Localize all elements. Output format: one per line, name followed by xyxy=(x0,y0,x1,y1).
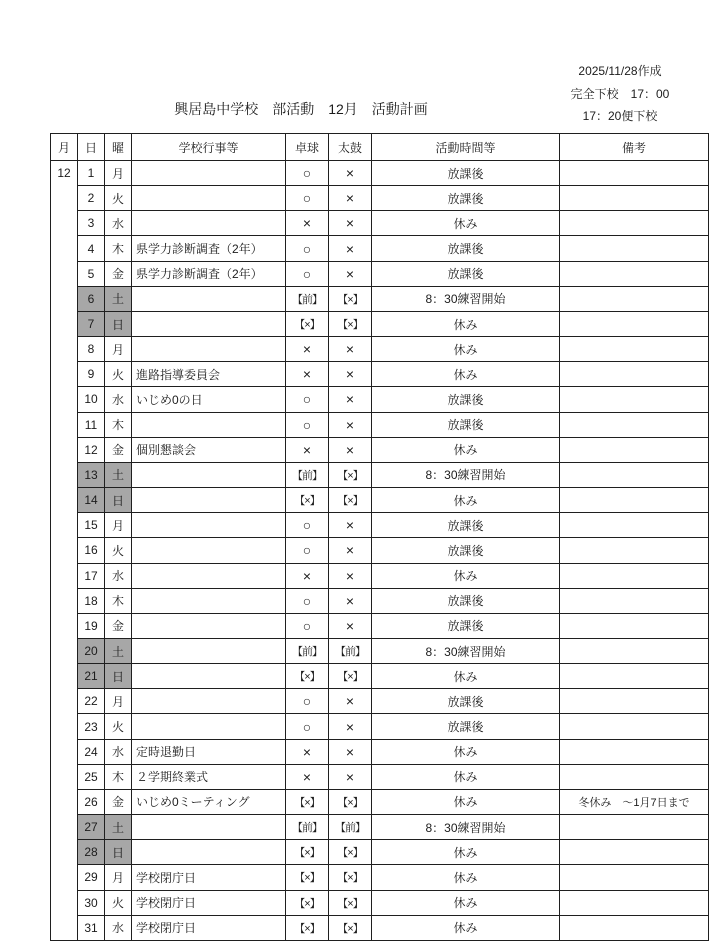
weekday-cell: 水 xyxy=(105,563,132,588)
table-row: 6土【前】【×】8：30練習開始 xyxy=(51,286,709,311)
activity-time-cell: 休み xyxy=(372,865,560,890)
event-cell xyxy=(132,689,286,714)
remark-cell xyxy=(560,362,709,387)
taiko-mark-cell: × xyxy=(329,588,372,613)
table-tennis-mark-cell: ○ xyxy=(286,613,329,638)
table-row: 20土【前】【前】8：30練習開始 xyxy=(51,638,709,663)
event-cell: 県学力診断調査（2年） xyxy=(132,261,286,286)
activity-time-cell: 休み xyxy=(372,739,560,764)
weekday-cell: 日 xyxy=(105,664,132,689)
remark-cell xyxy=(560,890,709,915)
day-cell: 12 xyxy=(78,437,105,462)
table-row: 8月××休み xyxy=(51,337,709,362)
day-cell: 7 xyxy=(78,311,105,336)
table-tennis-mark-cell: × xyxy=(286,337,329,362)
day-cell: 17 xyxy=(78,563,105,588)
event-cell xyxy=(132,664,286,689)
taiko-mark-cell: × xyxy=(329,387,372,412)
event-cell xyxy=(132,513,286,538)
table-tennis-mark-cell: ○ xyxy=(286,236,329,261)
header-row: 月 日 曜 学校行事等 卓球 太鼓 活動時間等 備考 xyxy=(51,134,709,161)
activity-time-cell: 休み xyxy=(372,488,560,513)
taiko-mark-cell: 【×】 xyxy=(329,865,372,890)
day-cell: 31 xyxy=(78,915,105,940)
weekday-cell: 水 xyxy=(105,387,132,412)
event-cell xyxy=(132,337,286,362)
weekday-cell: 木 xyxy=(105,236,132,261)
remark-cell xyxy=(560,714,709,739)
activity-time-cell: 放課後 xyxy=(372,513,560,538)
activity-time-cell: 放課後 xyxy=(372,236,560,261)
table-row: 13土【前】【×】8：30練習開始 xyxy=(51,462,709,487)
col-header-month: 月 xyxy=(51,134,78,161)
activity-time-cell: 休み xyxy=(372,311,560,336)
table-row: 121月○×放課後 xyxy=(51,161,709,186)
table-row: 30火学校閉庁日【×】【×】休み xyxy=(51,890,709,915)
remark-cell xyxy=(560,563,709,588)
weekday-cell: 土 xyxy=(105,286,132,311)
table-tennis-mark-cell: 【×】 xyxy=(286,789,329,814)
table-row: 22月○×放課後 xyxy=(51,689,709,714)
table-tennis-mark-cell: × xyxy=(286,764,329,789)
weekday-cell: 水 xyxy=(105,211,132,236)
col-header-activity-time: 活動時間等 xyxy=(372,134,560,161)
day-cell: 23 xyxy=(78,714,105,739)
event-cell xyxy=(132,613,286,638)
day-cell: 1 xyxy=(78,161,105,186)
activity-time-cell: 8：30練習開始 xyxy=(372,286,560,311)
remark-cell xyxy=(560,311,709,336)
table-row: 4木県学力診断調査（2年）○×放課後 xyxy=(51,236,709,261)
table-tennis-mark-cell: ○ xyxy=(286,588,329,613)
event-cell xyxy=(132,311,286,336)
table-row: 19金○×放課後 xyxy=(51,613,709,638)
table-tennis-mark-cell: ○ xyxy=(286,412,329,437)
taiko-mark-cell: × xyxy=(329,161,372,186)
weekday-cell: 金 xyxy=(105,613,132,638)
remark-cell xyxy=(560,613,709,638)
remark-cell xyxy=(560,815,709,840)
table-tennis-mark-cell: 【前】 xyxy=(286,286,329,311)
taiko-mark-cell: × xyxy=(329,412,372,437)
table-tennis-mark-cell: ○ xyxy=(286,689,329,714)
taiko-mark-cell: × xyxy=(329,563,372,588)
weekday-cell: 火 xyxy=(105,362,132,387)
table-row: 24水定時退勤日××休み xyxy=(51,739,709,764)
schedule-table: 月 日 曜 学校行事等 卓球 太鼓 活動時間等 備考 121月○×放課後2火○×… xyxy=(50,133,709,941)
remark-cell xyxy=(560,638,709,663)
remark-cell xyxy=(560,664,709,689)
day-cell: 11 xyxy=(78,412,105,437)
taiko-mark-cell: × xyxy=(329,613,372,638)
day-cell: 21 xyxy=(78,664,105,689)
weekday-cell: 水 xyxy=(105,739,132,764)
event-cell: 学校閉庁日 xyxy=(132,865,286,890)
taiko-mark-cell: 【前】 xyxy=(329,815,372,840)
taiko-mark-cell: 【×】 xyxy=(329,915,372,940)
weekday-cell: 金 xyxy=(105,437,132,462)
day-cell: 8 xyxy=(78,337,105,362)
weekday-cell: 月 xyxy=(105,161,132,186)
activity-time-cell: 放課後 xyxy=(372,689,560,714)
event-cell xyxy=(132,286,286,311)
activity-time-cell: 休み xyxy=(372,362,560,387)
table-tennis-mark-cell: ○ xyxy=(286,186,329,211)
table-tennis-mark-cell: 【×】 xyxy=(286,890,329,915)
remark-cell xyxy=(560,236,709,261)
created-date: 2025/11/28作成 xyxy=(535,60,705,83)
taiko-mark-cell: × xyxy=(329,236,372,261)
weekday-cell: 金 xyxy=(105,261,132,286)
activity-time-cell: 8：30練習開始 xyxy=(372,638,560,663)
activity-time-cell: 放課後 xyxy=(372,412,560,437)
day-cell: 10 xyxy=(78,387,105,412)
activity-time-cell: 休み xyxy=(372,337,560,362)
activity-time-cell: 放課後 xyxy=(372,261,560,286)
day-cell: 15 xyxy=(78,513,105,538)
table-tennis-mark-cell: 【×】 xyxy=(286,311,329,336)
taiko-mark-cell: × xyxy=(329,437,372,462)
remark-cell xyxy=(560,462,709,487)
remark-cell xyxy=(560,538,709,563)
event-cell: 定時退勤日 xyxy=(132,739,286,764)
table-row: 16火○×放課後 xyxy=(51,538,709,563)
taiko-mark-cell: 【×】 xyxy=(329,311,372,336)
table-tennis-mark-cell: 【前】 xyxy=(286,638,329,663)
table-tennis-mark-cell: 【×】 xyxy=(286,488,329,513)
remark-cell xyxy=(560,513,709,538)
activity-time-cell: 8：30練習開始 xyxy=(372,462,560,487)
schedule-body: 121月○×放課後2火○×放課後3水××休み4木県学力診断調査（2年）○×放課後… xyxy=(51,161,709,941)
table-tennis-mark-cell: ○ xyxy=(286,261,329,286)
day-cell: 28 xyxy=(78,840,105,865)
table-tennis-mark-cell: × xyxy=(286,437,329,462)
event-cell: 個別懇談会 xyxy=(132,437,286,462)
table-row: 3水××休み xyxy=(51,211,709,236)
remark-cell xyxy=(560,488,709,513)
table-tennis-mark-cell: 【前】 xyxy=(286,815,329,840)
table-tennis-mark-cell: × xyxy=(286,362,329,387)
day-cell: 13 xyxy=(78,462,105,487)
remark-cell xyxy=(560,211,709,236)
taiko-mark-cell: × xyxy=(329,764,372,789)
weekday-cell: 火 xyxy=(105,890,132,915)
table-row: 17水××休み xyxy=(51,563,709,588)
table-row: 31水学校閉庁日【×】【×】休み xyxy=(51,915,709,940)
table-row: 25木２学期終業式××休み xyxy=(51,764,709,789)
remark-cell xyxy=(560,387,709,412)
table-tennis-mark-cell: × xyxy=(286,211,329,236)
activity-time-cell: 休み xyxy=(372,890,560,915)
table-tennis-mark-cell: ○ xyxy=(286,714,329,739)
weekday-cell: 月 xyxy=(105,513,132,538)
day-cell: 20 xyxy=(78,638,105,663)
event-cell xyxy=(132,563,286,588)
activity-time-cell: 放課後 xyxy=(372,186,560,211)
remark-cell xyxy=(560,764,709,789)
day-cell: 5 xyxy=(78,261,105,286)
col-header-day: 日 xyxy=(78,134,105,161)
table-row: 5金県学力診断調査（2年）○×放課後 xyxy=(51,261,709,286)
day-cell: 27 xyxy=(78,815,105,840)
remark-cell xyxy=(560,186,709,211)
weekday-cell: 火 xyxy=(105,186,132,211)
day-cell: 26 xyxy=(78,789,105,814)
event-cell: いじめ0の日 xyxy=(132,387,286,412)
activity-time-cell: 放課後 xyxy=(372,588,560,613)
weekday-cell: 土 xyxy=(105,462,132,487)
taiko-mark-cell: × xyxy=(329,739,372,764)
weekday-cell: 月 xyxy=(105,865,132,890)
weekday-cell: 日 xyxy=(105,840,132,865)
remark-cell xyxy=(560,161,709,186)
remark-cell: 冬休み ～1月7日まで xyxy=(560,789,709,814)
activity-time-cell: 休み xyxy=(372,563,560,588)
table-tennis-mark-cell: 【×】 xyxy=(286,664,329,689)
event-cell: 学校閉庁日 xyxy=(132,890,286,915)
table-tennis-mark-cell: × xyxy=(286,739,329,764)
activity-time-cell: 休み xyxy=(372,789,560,814)
table-tennis-mark-cell: 【×】 xyxy=(286,915,329,940)
day-cell: 18 xyxy=(78,588,105,613)
activity-time-cell: 休み xyxy=(372,840,560,865)
taiko-mark-cell: 【前】 xyxy=(329,638,372,663)
day-cell: 9 xyxy=(78,362,105,387)
taiko-mark-cell: × xyxy=(329,362,372,387)
table-row: 2火○×放課後 xyxy=(51,186,709,211)
remark-cell xyxy=(560,286,709,311)
table-tennis-mark-cell: ○ xyxy=(286,513,329,538)
taiko-mark-cell: 【×】 xyxy=(329,462,372,487)
remark-cell xyxy=(560,689,709,714)
remark-cell xyxy=(560,840,709,865)
event-cell xyxy=(132,211,286,236)
table-row: 14日【×】【×】休み xyxy=(51,488,709,513)
table-row: 28日【×】【×】休み xyxy=(51,840,709,865)
activity-time-cell: 休み xyxy=(372,915,560,940)
day-cell: 14 xyxy=(78,488,105,513)
taiko-mark-cell: 【×】 xyxy=(329,286,372,311)
day-cell: 19 xyxy=(78,613,105,638)
taiko-mark-cell: 【×】 xyxy=(329,488,372,513)
day-cell: 30 xyxy=(78,890,105,915)
weekday-cell: 日 xyxy=(105,311,132,336)
col-header-remarks: 備考 xyxy=(560,134,709,161)
day-cell: 6 xyxy=(78,286,105,311)
table-row: 27土【前】【前】8：30練習開始 xyxy=(51,815,709,840)
remark-cell xyxy=(560,412,709,437)
activity-time-cell: 休み xyxy=(372,211,560,236)
taiko-mark-cell: × xyxy=(329,714,372,739)
activity-time-cell: 放課後 xyxy=(372,161,560,186)
weekday-cell: 木 xyxy=(105,588,132,613)
day-cell: 24 xyxy=(78,739,105,764)
taiko-mark-cell: 【×】 xyxy=(329,840,372,865)
col-header-table-tennis: 卓球 xyxy=(286,134,329,161)
taiko-mark-cell: × xyxy=(329,337,372,362)
weekday-cell: 土 xyxy=(105,815,132,840)
weekday-cell: 金 xyxy=(105,789,132,814)
taiko-mark-cell: 【×】 xyxy=(329,789,372,814)
weekday-cell: 月 xyxy=(105,337,132,362)
taiko-mark-cell: × xyxy=(329,513,372,538)
day-cell: 22 xyxy=(78,689,105,714)
table-row: 21日【×】【×】休み xyxy=(51,664,709,689)
day-cell: 16 xyxy=(78,538,105,563)
activity-time-cell: 8：30練習開始 xyxy=(372,815,560,840)
day-cell: 4 xyxy=(78,236,105,261)
event-cell xyxy=(132,714,286,739)
month-cell: 12 xyxy=(51,161,78,941)
taiko-mark-cell: 【×】 xyxy=(329,890,372,915)
event-cell: いじめ0ミーティング xyxy=(132,789,286,814)
weekday-cell: 木 xyxy=(105,764,132,789)
day-cell: 3 xyxy=(78,211,105,236)
event-cell xyxy=(132,538,286,563)
event-cell xyxy=(132,488,286,513)
activity-time-cell: 休み xyxy=(372,764,560,789)
activity-time-cell: 放課後 xyxy=(372,387,560,412)
day-cell: 2 xyxy=(78,186,105,211)
event-cell: 学校閉庁日 xyxy=(132,915,286,940)
weekday-cell: 火 xyxy=(105,714,132,739)
taiko-mark-cell: 【×】 xyxy=(329,664,372,689)
page-title: 興居島中学校 部活動 12月 活動計画 xyxy=(0,99,602,119)
table-tennis-mark-cell: 【前】 xyxy=(286,462,329,487)
remark-cell xyxy=(560,588,709,613)
day-cell: 25 xyxy=(78,764,105,789)
table-tennis-mark-cell: 【×】 xyxy=(286,865,329,890)
taiko-mark-cell: × xyxy=(329,538,372,563)
event-cell: ２学期終業式 xyxy=(132,764,286,789)
event-cell xyxy=(132,840,286,865)
weekday-cell: 月 xyxy=(105,689,132,714)
weekday-cell: 日 xyxy=(105,488,132,513)
taiko-mark-cell: × xyxy=(329,689,372,714)
event-cell xyxy=(132,815,286,840)
table-tennis-mark-cell: × xyxy=(286,563,329,588)
table-tennis-mark-cell: ○ xyxy=(286,387,329,412)
remark-cell xyxy=(560,915,709,940)
col-header-weekday: 曜 xyxy=(105,134,132,161)
activity-time-cell: 休み xyxy=(372,437,560,462)
table-tennis-mark-cell: 【×】 xyxy=(286,840,329,865)
activity-time-cell: 放課後 xyxy=(372,714,560,739)
col-header-taiko: 太鼓 xyxy=(329,134,372,161)
weekday-cell: 木 xyxy=(105,412,132,437)
remark-cell xyxy=(560,865,709,890)
table-row: 11木○×放課後 xyxy=(51,412,709,437)
event-cell xyxy=(132,588,286,613)
event-cell: 県学力診断調査（2年） xyxy=(132,236,286,261)
table-row: 29月学校閉庁日【×】【×】休み xyxy=(51,865,709,890)
table-row: 12金個別懇談会××休み xyxy=(51,437,709,462)
event-cell xyxy=(132,638,286,663)
table-row: 18木○×放課後 xyxy=(51,588,709,613)
table-row: 26金いじめ0ミーティング【×】【×】休み冬休み ～1月7日まで xyxy=(51,789,709,814)
event-cell xyxy=(132,412,286,437)
day-cell: 29 xyxy=(78,865,105,890)
activity-time-cell: 放課後 xyxy=(372,538,560,563)
document-page: 2025/11/28作成 完全下校 17：00 17：20便下校 興居島中学校 … xyxy=(0,0,725,943)
table-row: 23火○×放課後 xyxy=(51,714,709,739)
taiko-mark-cell: × xyxy=(329,186,372,211)
remark-cell xyxy=(560,261,709,286)
event-cell xyxy=(132,462,286,487)
table-row: 15月○×放課後 xyxy=(51,513,709,538)
remark-cell xyxy=(560,337,709,362)
event-cell xyxy=(132,186,286,211)
event-cell xyxy=(132,161,286,186)
taiko-mark-cell: × xyxy=(329,261,372,286)
weekday-cell: 水 xyxy=(105,915,132,940)
activity-time-cell: 休み xyxy=(372,664,560,689)
remark-cell xyxy=(560,437,709,462)
table-row: 10水いじめ0の日○×放課後 xyxy=(51,387,709,412)
table-tennis-mark-cell: ○ xyxy=(286,161,329,186)
remark-cell xyxy=(560,739,709,764)
weekday-cell: 土 xyxy=(105,638,132,663)
table-row: 9火進路指導委員会××休み xyxy=(51,362,709,387)
table-tennis-mark-cell: ○ xyxy=(286,538,329,563)
weekday-cell: 火 xyxy=(105,538,132,563)
table-row: 7日【×】【×】休み xyxy=(51,311,709,336)
taiko-mark-cell: × xyxy=(329,211,372,236)
event-cell: 進路指導委員会 xyxy=(132,362,286,387)
col-header-school-events: 学校行事等 xyxy=(132,134,286,161)
activity-time-cell: 放課後 xyxy=(372,613,560,638)
